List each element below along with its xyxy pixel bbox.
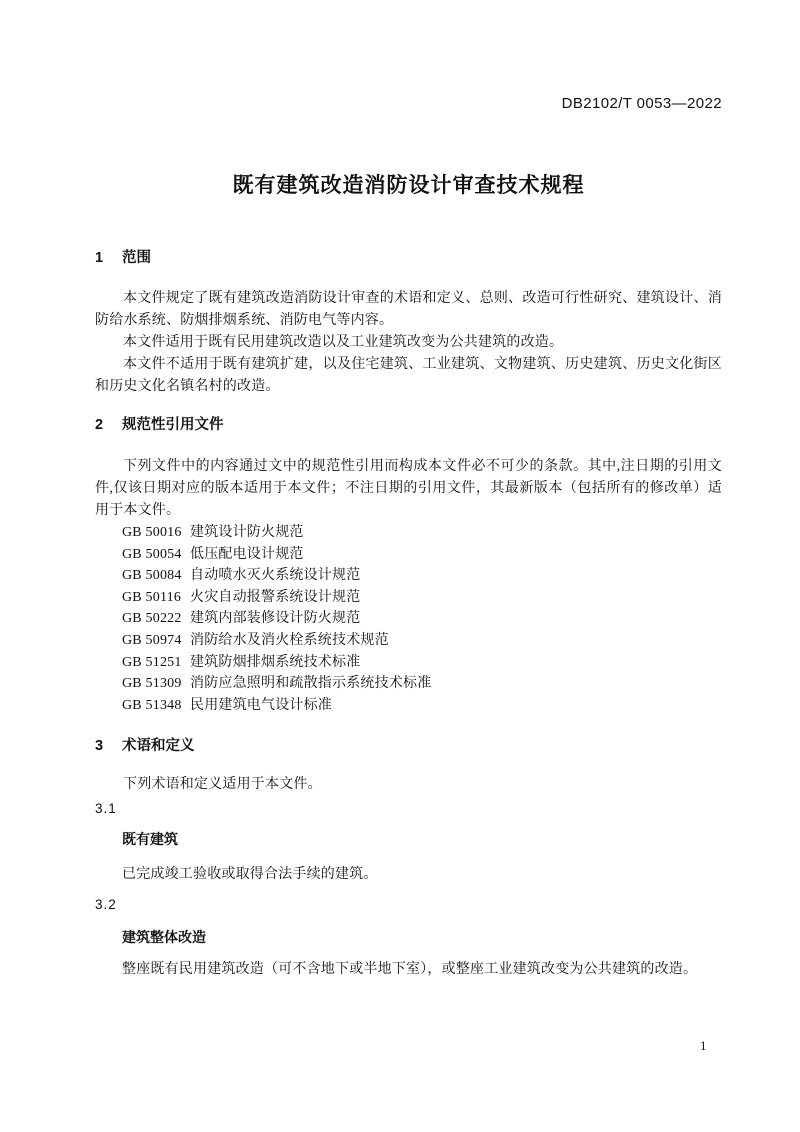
term-definition: 已完成竣工验收或取得合法手续的建筑。	[122, 864, 722, 886]
reference-name: 消防给水及消火栓系统技术规范	[190, 630, 722, 652]
reference-name: 消防应急照明和疏散指示系统技术标准	[190, 673, 722, 695]
page-number: 1	[700, 1038, 707, 1054]
section-number: 1	[95, 248, 122, 268]
section-label: 范围	[122, 248, 151, 268]
reference-code: GB 50084	[122, 565, 190, 587]
reference-item: GB 50974 消防给水及消火栓系统技术规范	[122, 630, 722, 652]
document-page: DB2102/T 0053—2022 既有建筑改造消防设计审查技术规程 1 范围…	[0, 0, 800, 1132]
reference-name: 建筑防烟排烟系统技术标准	[190, 652, 722, 674]
scope-paragraph: 本文件适用于既有民用建筑改造以及工业建筑改变为公共建筑的改造。	[95, 332, 722, 354]
reference-item: GB 50116 火灾自动报警系统设计规范	[122, 587, 722, 609]
section-heading-scope: 1 范围	[95, 248, 722, 268]
section-number: 2	[95, 415, 122, 435]
reference-name: 建筑设计防火规范	[190, 522, 722, 544]
reference-code: GB 50016	[122, 522, 190, 544]
term-name: 建筑整体改造	[122, 927, 722, 947]
reference-code: GB 51309	[122, 673, 190, 695]
reference-code: GB 51348	[122, 695, 190, 717]
reference-item: GB 51348 民用建筑电气设计标准	[122, 695, 722, 717]
reference-item: GB 50084 自动喷水灭火系统设计规范	[122, 565, 722, 587]
reference-code: GB 51251	[122, 652, 190, 674]
document-content: DB2102/T 0053—2022 既有建筑改造消防设计审查技术规程 1 范围…	[95, 0, 722, 981]
reference-code: GB 50974	[122, 630, 190, 652]
section-heading-references: 2 规范性引用文件	[95, 415, 722, 435]
term-clause-number: 3.2	[95, 896, 722, 914]
scope-paragraph: 本文件不适用于既有建筑扩建，以及住宅建筑、工业建筑、文物建筑、历史建筑、历史文化…	[95, 354, 722, 398]
term-clause-number: 3.1	[95, 800, 722, 818]
terms-intro: 下列术语和定义适用于本文件。	[95, 774, 722, 796]
section-label: 术语和定义	[122, 736, 195, 756]
reference-name: 自动喷水灭火系统设计规范	[190, 565, 722, 587]
reference-name: 建筑内部装修设计防火规范	[190, 608, 722, 630]
references-list: GB 50016 建筑设计防火规范 GB 50054 低压配电设计规范 GB 5…	[95, 522, 722, 716]
reference-item: GB 50054 低压配电设计规范	[122, 544, 722, 566]
doc-code: DB2102/T 0053—2022	[95, 96, 722, 112]
section-label: 规范性引用文件	[122, 415, 224, 435]
references-intro: 下列文件中的内容通过文中的规范性引用而构成本文件必不可少的条款。其中,注日期的引…	[95, 456, 722, 522]
term-definition: 整座既有民用建筑改造（可不含地下或半地下室），或整座工业建筑改变为公共建筑的改造…	[122, 959, 722, 981]
reference-item: GB 50016 建筑设计防火规范	[122, 522, 722, 544]
reference-name: 民用建筑电气设计标准	[190, 695, 722, 717]
reference-name: 低压配电设计规范	[190, 544, 722, 566]
reference-code: GB 50222	[122, 608, 190, 630]
reference-code: GB 50116	[122, 587, 190, 609]
reference-name: 火灾自动报警系统设计规范	[190, 587, 722, 609]
scope-paragraph: 本文件规定了既有建筑改造消防设计审查的术语和定义、总则、改造可行性研究、建筑设计…	[95, 288, 722, 332]
reference-item: GB 51251 建筑防烟排烟系统技术标准	[122, 652, 722, 674]
term-name: 既有建筑	[122, 829, 722, 849]
section-number: 3	[95, 736, 122, 756]
reference-code: GB 50054	[122, 544, 190, 566]
reference-item: GB 51309 消防应急照明和疏散指示系统技术标准	[122, 673, 722, 695]
reference-item: GB 50222 建筑内部装修设计防火规范	[122, 608, 722, 630]
section-heading-terms: 3 术语和定义	[95, 736, 722, 756]
document-title: 既有建筑改造消防设计审查技术规程	[95, 172, 722, 200]
